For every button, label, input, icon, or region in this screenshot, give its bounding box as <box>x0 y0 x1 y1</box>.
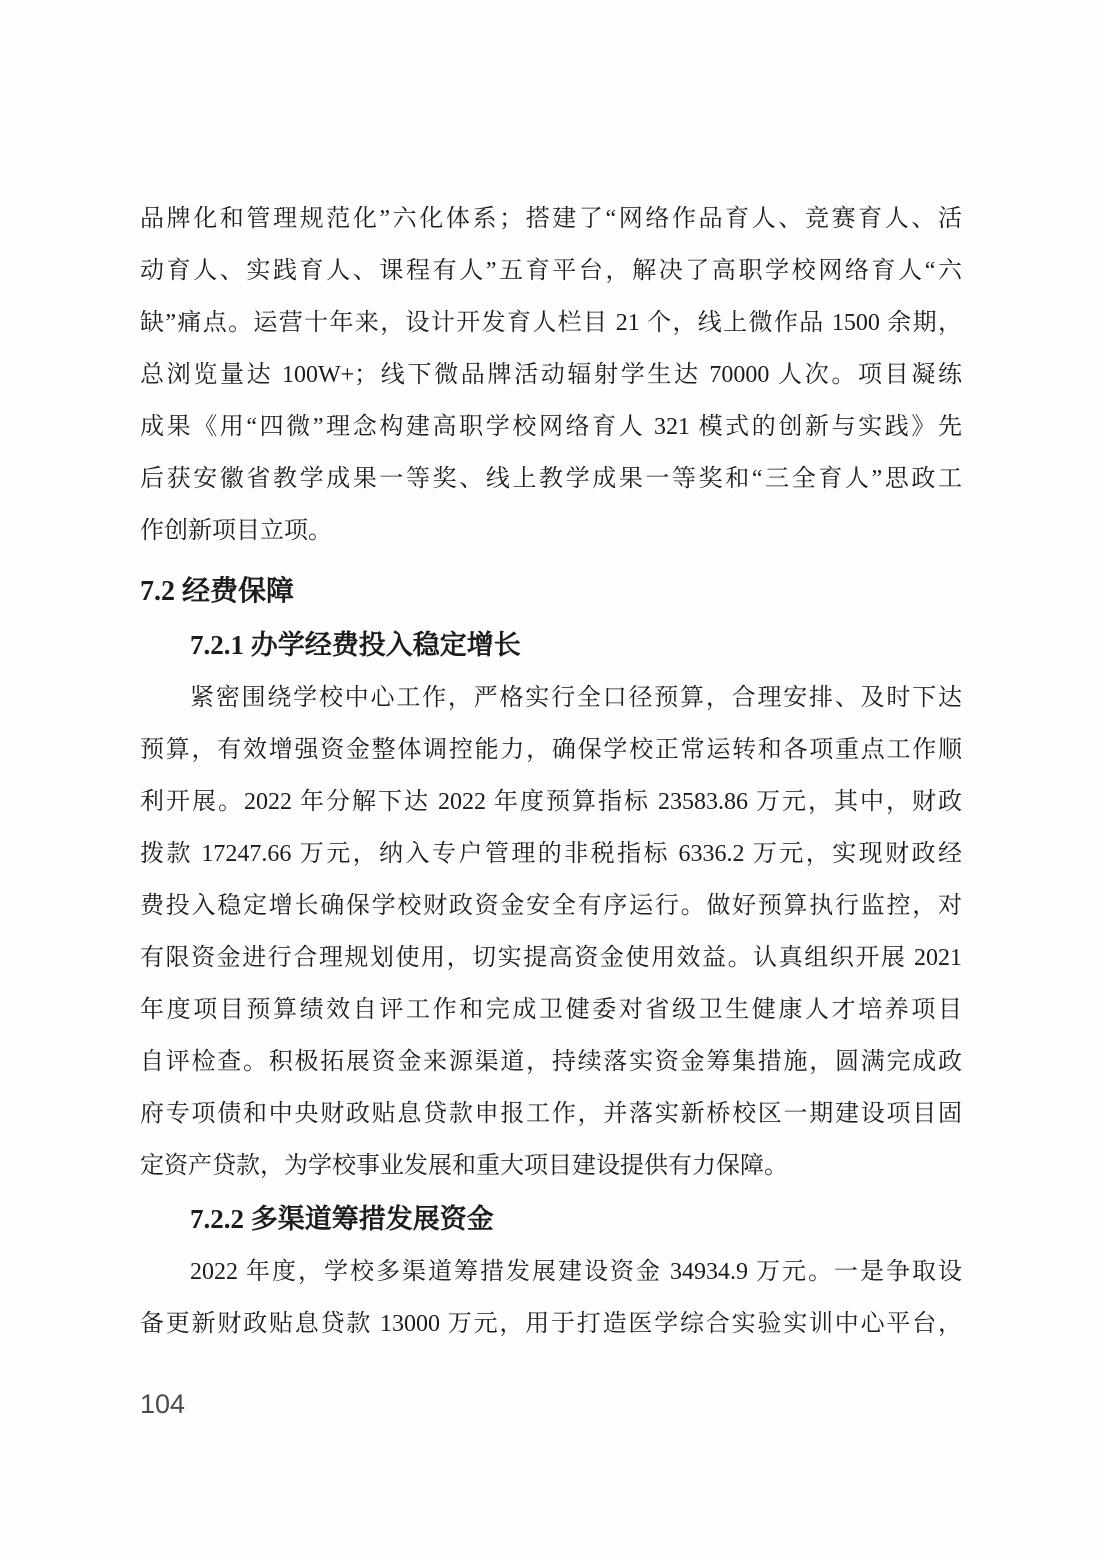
section-heading-7-2: 7.2 经费保障 <box>140 566 962 618</box>
text-line: 有限资金进行合理规划使用，切实提高资金使用效益。认真组织开展 2021 <box>140 932 962 984</box>
text-line: 紧密围绕学校中心工作，严格实行全口径预算，合理安排、及时下达 <box>140 672 962 724</box>
text-line: 后获安徽省教学成果一等奖、线上教学成果一等奖和“三全育人”思政工 <box>140 453 962 505</box>
text-line: 定资产贷款，为学校事业发展和重大项目建设提供有力保障。 <box>140 1140 962 1192</box>
text-line: 缺”痛点。运营十年来，设计开发育人栏目 21 个，线上微作品 1500 余期， <box>140 297 962 349</box>
paragraph-network-education: 品牌化和管理规范化”六化体系；搭建了“网络作品育人、竞赛育人、活动育人、实践育人… <box>140 193 962 557</box>
text-line: 自评检查。积极拓展资金来源渠道，持续落实资金筹集措施，圆满完成政 <box>140 1036 962 1088</box>
text-line: 年度项目预算绩效自评工作和完成卫健委对省级卫生健康人才培养项目 <box>140 984 962 1036</box>
text-line: 作创新项目立项。 <box>140 505 962 557</box>
text-line: 预算，有效增强资金整体调控能力，确保学校正常运转和各项重点工作顺 <box>140 724 962 776</box>
text-line: 总浏览量达 100W+；线下微品牌活动辐射学生达 70000 人次。项目凝练 <box>140 349 962 401</box>
paragraph-budget-stability: 紧密围绕学校中心工作，严格实行全口径预算，合理安排、及时下达预算，有效增强资金整… <box>140 672 962 1192</box>
text-line: 动育人、实践育人、课程有人”五育平台，解决了高职学校网络育人“六 <box>140 245 962 297</box>
text-line: 备更新财政贴息贷款 13000 万元，用于打造医学综合实验实训中心平台， <box>140 1298 962 1350</box>
subsection-heading-7-2-1: 7.2.1 办学经费投入稳定增长 <box>140 618 962 672</box>
text-line: 利开展。2022 年分解下达 2022 年度预算指标 23583.86 万元，其… <box>140 776 962 828</box>
text-line: 成果《用“四微”理念构建高职学校网络育人 321 模式的创新与实践》先 <box>140 401 962 453</box>
document-page: 品牌化和管理规范化”六化体系；搭建了“网络作品育人、竞赛育人、活动育人、实践育人… <box>0 0 1102 1559</box>
text-line: 费投入稳定增长确保学校财政资金安全有序运行。做好预算执行监控，对 <box>140 880 962 932</box>
paragraph-fundraising: 2022 年度，学校多渠道筹措发展建设资金 34934.9 万元。一是争取设备更… <box>140 1246 962 1350</box>
text-line: 2022 年度，学校多渠道筹措发展建设资金 34934.9 万元。一是争取设 <box>140 1246 962 1298</box>
text-line: 品牌化和管理规范化”六化体系；搭建了“网络作品育人、竞赛育人、活 <box>140 193 962 245</box>
page-number: 104 <box>140 1389 185 1420</box>
page-content: 品牌化和管理规范化”六化体系；搭建了“网络作品育人、竞赛育人、活动育人、实践育人… <box>140 193 962 1350</box>
text-line: 府专项债和中央财政贴息贷款申报工作，并落实新桥校区一期建设项目固 <box>140 1088 962 1140</box>
text-line: 拨款 17247.66 万元，纳入专户管理的非税指标 6336.2 万元，实现财… <box>140 828 962 880</box>
subsection-heading-7-2-2: 7.2.2 多渠道筹措发展资金 <box>140 1192 962 1246</box>
